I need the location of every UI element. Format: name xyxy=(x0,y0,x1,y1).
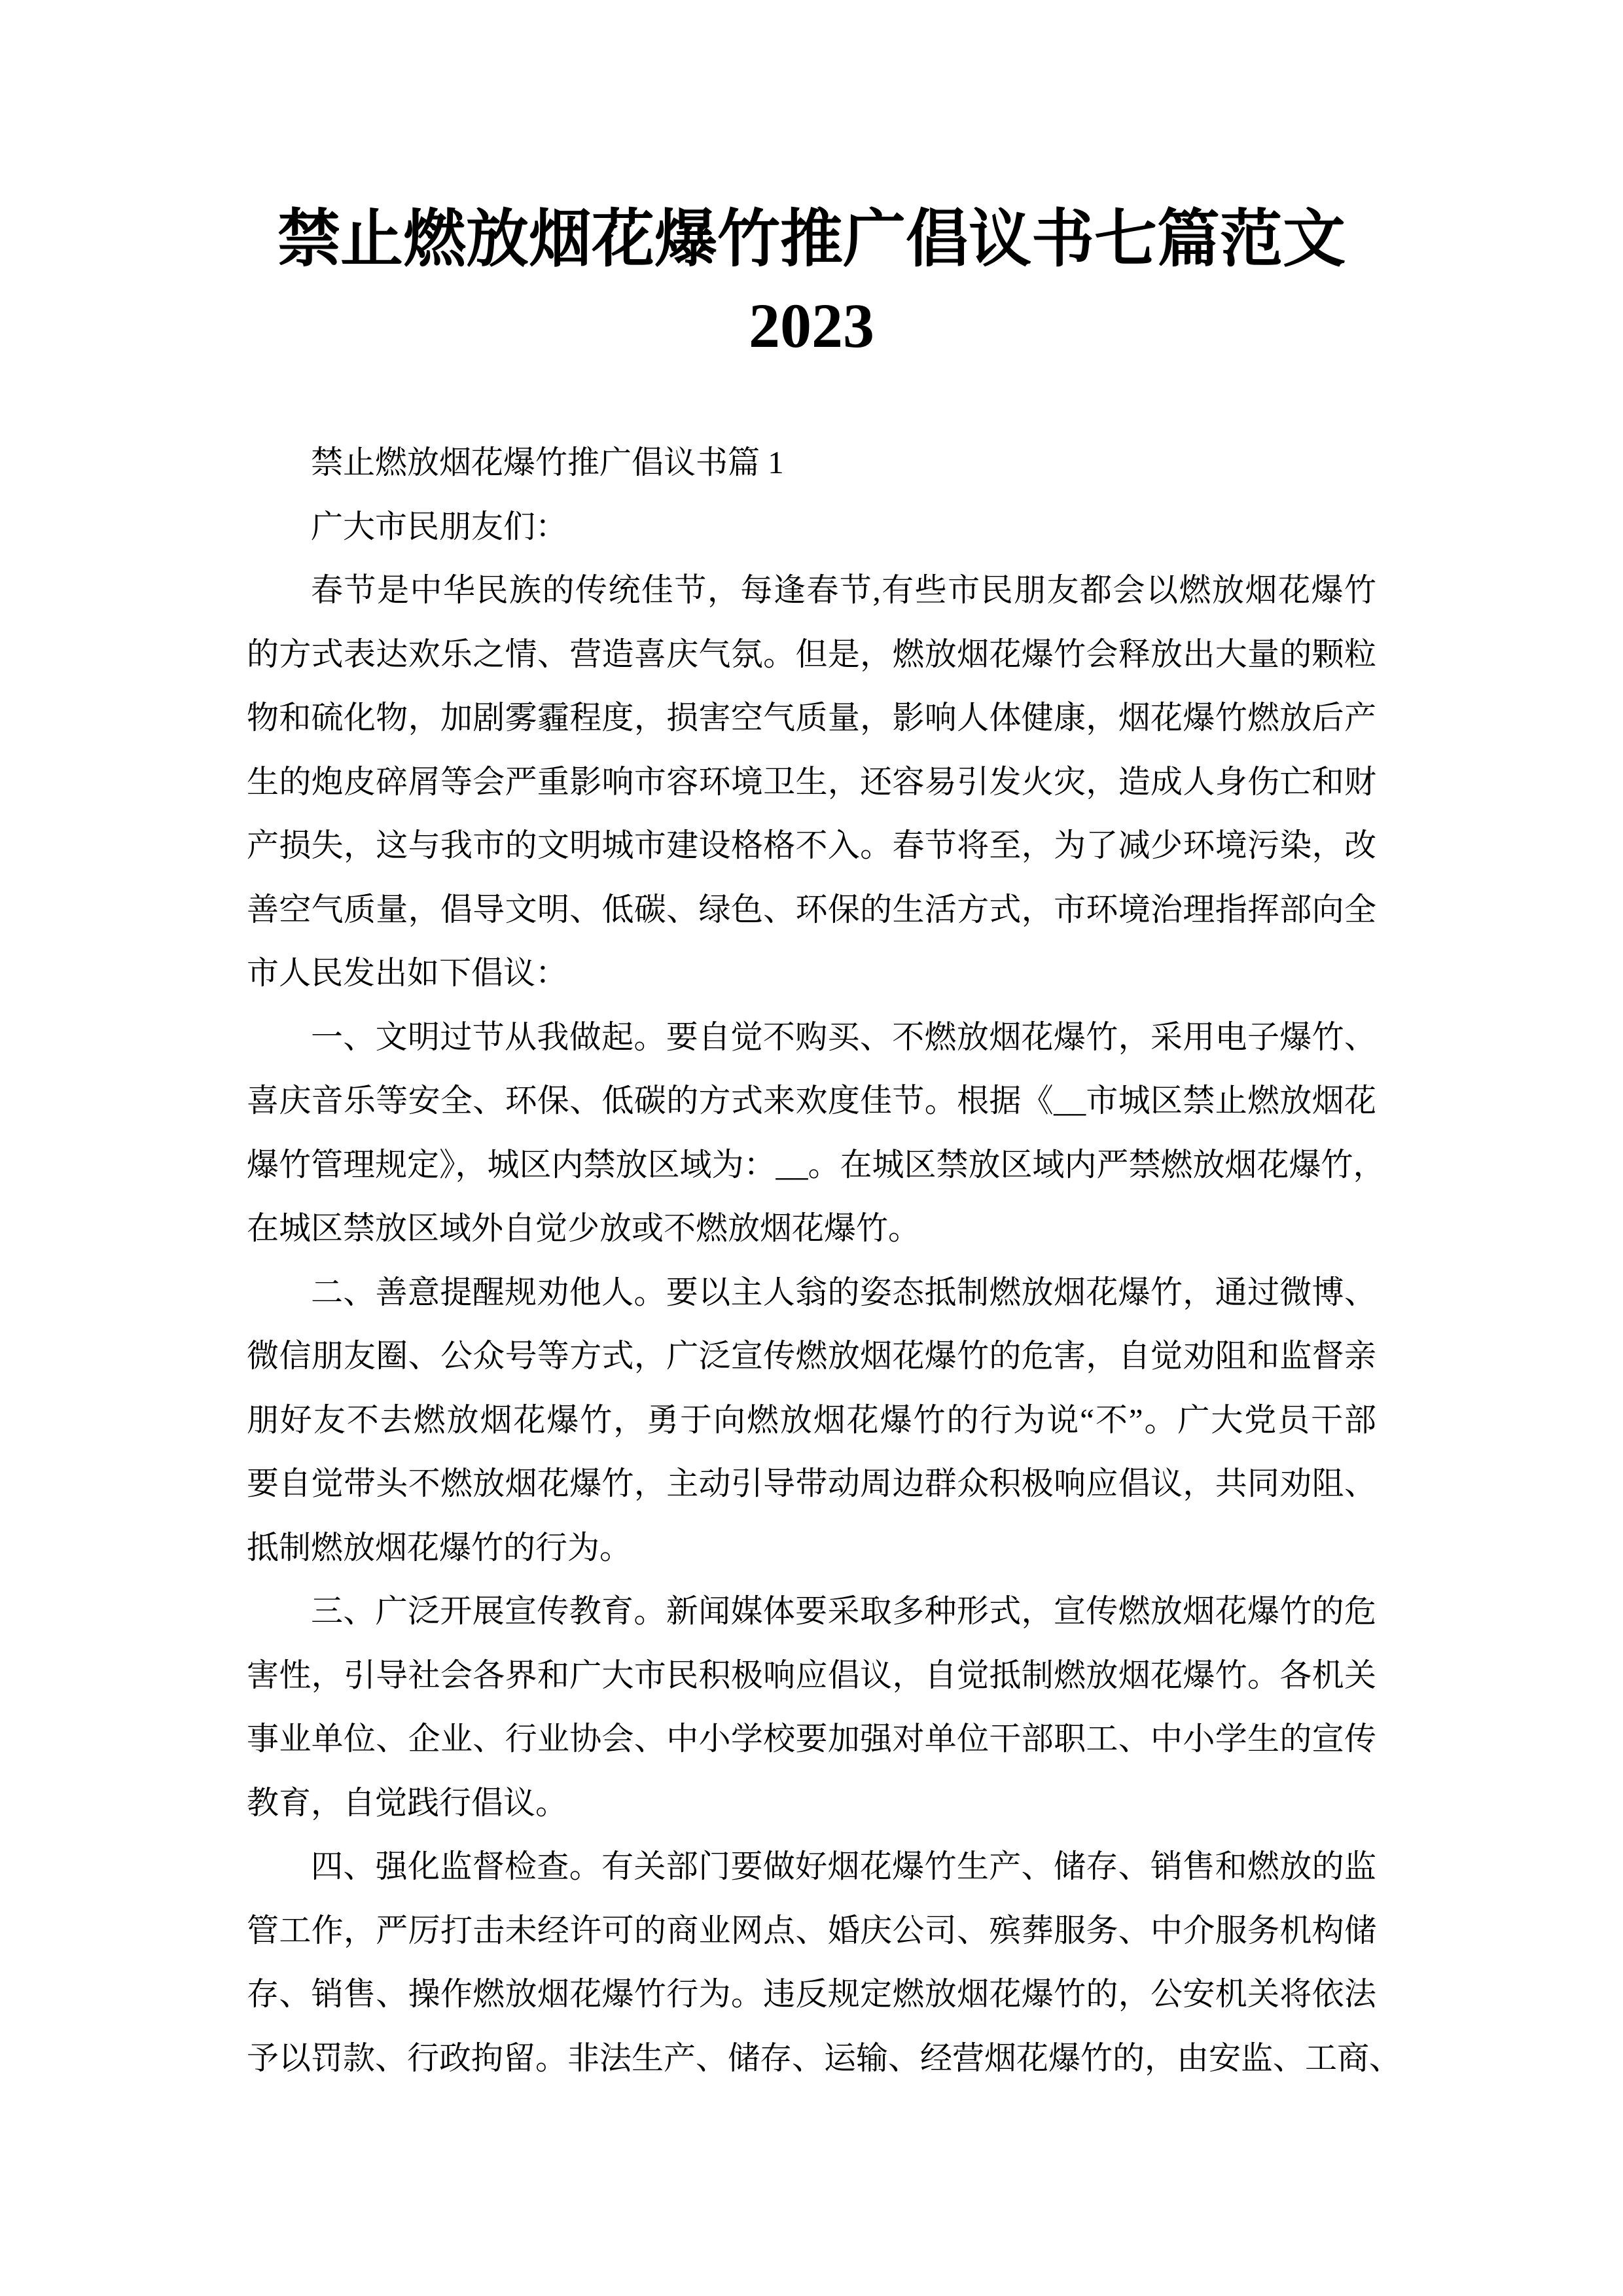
text-line: 管工作，严厉打击未经许可的商业网点、婚庆公司、殡葬服务、中介服务机构储 xyxy=(247,1899,1376,1963)
text-line: 产损失，这与我市的文明城市建设格格不入。春节将至，为了减少环境污染，改 xyxy=(247,814,1376,878)
text-line: 朋好友不去燃放烟花爆竹，勇于向燃放烟花爆竹的行为说“不”。广大党员干部 xyxy=(247,1388,1376,1452)
text-line: 事业单位、企业、行业协会、中小学校要加强对单位干部职工、中小学生的宣传 xyxy=(247,1707,1376,1771)
text-line: 在城区禁放区域外自觉少放或不燃放烟花爆竹。 xyxy=(247,1196,1376,1261)
text-line: 要自觉带头不燃放烟花爆竹，主动引导带动周边群众积极响应倡议，共同劝阻、 xyxy=(247,1452,1376,1516)
paragraph-item-4: 四、强化监督检查。有关部门要做好烟花爆竹生产、储存、销售和燃放的监 管工作，严厉… xyxy=(247,1835,1376,2090)
paragraph-item-1: 一、文明过节从我做起。要自觉不购买、不燃放烟花爆竹，采用电子爆竹、 喜庆音乐等安… xyxy=(247,1005,1376,1261)
text-line: 生的炮皮碎屑等会严重影响市容环境卫生，还容易引发火灾，造成人身伤亡和财 xyxy=(247,750,1376,814)
text-line: 善空气质量，倡导文明、低碳、绿色、环保的生活方式，市环境治理指挥部向全 xyxy=(247,878,1376,942)
text-line: 存、销售、操作燃放烟花爆竹行为。违反规定燃放烟花爆竹的，公安机关将依法 xyxy=(247,1962,1376,2026)
text-line: 的方式表达欢乐之情、营造喜庆气氛。但是，燃放烟花爆竹会释放出大量的颗粒 xyxy=(247,622,1376,687)
text-line: 市人民发出如下倡议： xyxy=(247,941,1376,1005)
document-title: 禁止燃放烟花爆竹推广倡议书七篇范文 2023 xyxy=(0,196,1623,369)
text-line: 害性，引导社会各界和广大市民积极响应倡议，自觉抵制燃放烟花爆竹。各机关 xyxy=(247,1643,1376,1708)
text-line: 微信朋友圈、公众号等方式，广泛宣传燃放烟花爆竹的危害，自觉劝阻和监督亲 xyxy=(247,1324,1376,1388)
paragraph-intro: 春节是中华民族的传统佳节，每逢春节,有些市民朋友都会以燃放烟花爆竹 的方式表达欢… xyxy=(247,558,1376,1005)
section-heading: 禁止燃放烟花爆竹推广倡议书篇 1 xyxy=(247,431,1376,495)
document-page: 禁止燃放烟花爆竹推广倡议书七篇范文 2023 禁止燃放烟花爆竹推广倡议书篇 1 … xyxy=(0,0,1623,2296)
text-line: 二、善意提醒规劝他人。要以主人翁的姿态抵制燃放烟花爆竹，通过微博、 xyxy=(247,1261,1376,1325)
paragraph-item-3: 三、广泛开展宣传教育。新闻媒体要采取多种形式，宣传燃放烟花爆竹的危 害性，引导社… xyxy=(247,1579,1376,1835)
text-line: 春节是中华民族的传统佳节，每逢春节,有些市民朋友都会以燃放烟花爆竹 xyxy=(247,558,1376,622)
document-body: 禁止燃放烟花爆竹推广倡议书篇 1 广大市民朋友们： 春节是中华民族的传统佳节，每… xyxy=(247,431,1376,2090)
text-line: 三、广泛开展宣传教育。新闻媒体要采取多种形式，宣传燃放烟花爆竹的危 xyxy=(247,1579,1376,1643)
text-line: 一、文明过节从我做起。要自觉不购买、不燃放烟花爆竹，采用电子爆竹、 xyxy=(247,1005,1376,1069)
text-line: 喜庆音乐等安全、环保、低碳的方式来欢度佳节。根据《__市城区禁止燃放烟花 xyxy=(247,1069,1376,1133)
text-line: 抵制燃放烟花爆竹的行为。 xyxy=(247,1516,1376,1580)
paragraph-item-2: 二、善意提醒规劝他人。要以主人翁的姿态抵制燃放烟花爆竹，通过微博、 微信朋友圈、… xyxy=(247,1261,1376,1580)
text-line: 爆竹管理规定》，城区内禁放区域为：__。在城区禁放区域内严禁燃放烟花爆竹， xyxy=(247,1133,1376,1197)
text-line: 物和硫化物，加剧雾霾程度，损害空气质量，影响人体健康，烟花爆竹燃放后产 xyxy=(247,686,1376,750)
title-year: 2023 xyxy=(0,283,1623,369)
page-title: 禁止燃放烟花爆竹推广倡议书七篇范文 xyxy=(0,196,1623,283)
salutation: 广大市民朋友们： xyxy=(247,495,1376,559)
text-line: 四、强化监督检查。有关部门要做好烟花爆竹生产、储存、销售和燃放的监 xyxy=(247,1835,1376,1899)
text-line: 予以罚款、行政拘留。非法生产、储存、运输、经营烟花爆竹的，由安监、工商、 xyxy=(247,2026,1376,2090)
text-line: 教育，自觉践行倡议。 xyxy=(247,1771,1376,1835)
